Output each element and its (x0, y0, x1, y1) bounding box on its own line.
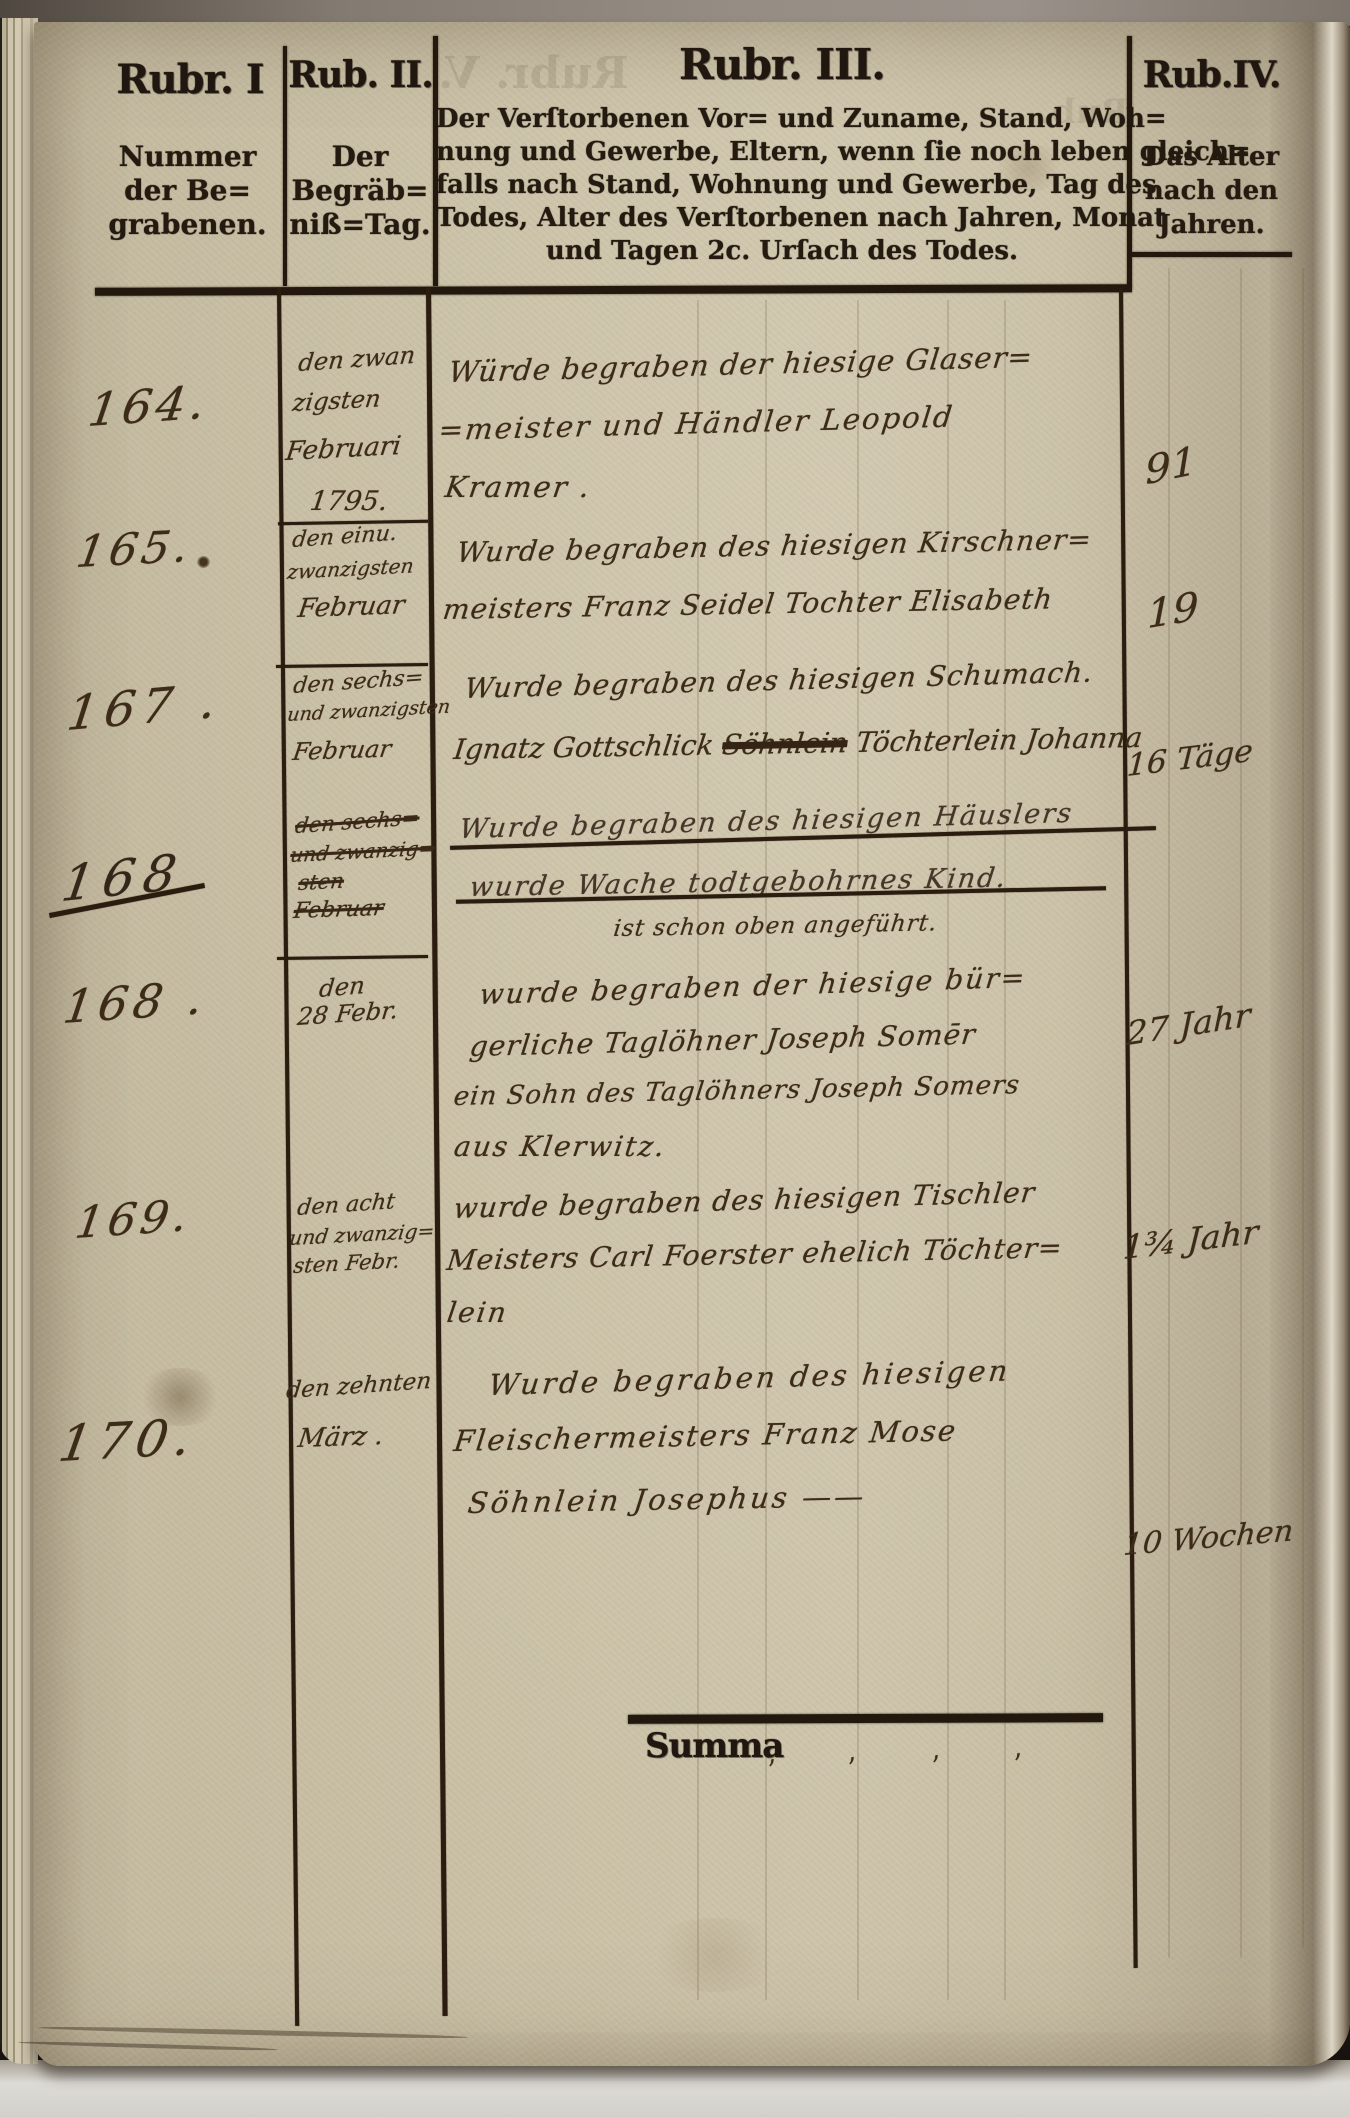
header-divider-col2-col3 (433, 36, 438, 286)
column2-subtitle: Der Begräb= niß=Tag. (288, 140, 432, 242)
header-divider-col1-col2 (283, 46, 287, 286)
fold-crease (1168, 268, 1170, 1958)
column1-subtitle: Nummer der Be= grabenen. (100, 140, 275, 242)
entry-167-text-segment: Ignatz Gottschlick (452, 728, 725, 766)
entry-164-date-line: zigsten (291, 384, 382, 417)
entry-170-number: 170. (55, 1408, 201, 1473)
column4-subtitle-line: Jahren. (1133, 208, 1290, 242)
column2-subtitle-line: Begräb= (288, 174, 432, 208)
summa-rule (628, 1713, 1103, 1724)
entry-168-number: 168 . (60, 970, 211, 1034)
column1-subtitle-line: Nummer (100, 140, 275, 174)
column1-rubric: Rubr. I (95, 56, 285, 103)
column3-subtitle-line: und Tagen 2c. Urſach des Todes. (436, 235, 1128, 268)
column4-subtitle-line: nach den (1133, 174, 1290, 208)
entry-169-text-line: lein (445, 1296, 510, 1329)
summa-label: Summa (645, 1726, 783, 1766)
entry-165-number: 165. (73, 521, 196, 578)
column3-subtitle-line: nung und Gewerbe, Eltern, wenn ſie noch … (436, 136, 1128, 169)
column2-subtitle-line: niß=Tag. (288, 208, 432, 242)
column4-header-rule (1132, 252, 1292, 257)
entry-167-date-line: Februar (291, 735, 393, 766)
entry-167-struck-word: Söhnlein (721, 726, 850, 761)
page-stack-edge (0, 18, 38, 2064)
entry-170-date-line: März . (296, 1421, 385, 1454)
fold-crease (1302, 268, 1304, 1948)
entry-170-text-line: Söhnlein Josephus —— (466, 1479, 869, 1520)
entry-165-date-line: Februar (296, 590, 407, 624)
column2-subtitle-line: Der (288, 140, 432, 174)
entry-164-text-line: Kramer . (443, 470, 594, 504)
column3-subtitle-line: falls nach Stand, Wohnung und Gewerbe, T… (436, 169, 1128, 202)
column4-subtitle: Das Alter nach den Jahren. (1133, 140, 1290, 242)
entry-164-date-line: 1795. (308, 486, 390, 517)
entry-168-text-line: aus Klerwitz. (452, 1130, 668, 1163)
header-divider-col3-col4 (1127, 36, 1132, 286)
column4-subtitle-line: Das Alter (1133, 140, 1290, 174)
bottom-sheet (0, 2060, 1350, 2117)
cancelled-entry-date-line: Februar (292, 896, 386, 924)
entry-164-number: 164. (85, 375, 213, 437)
column4-rubric: Rub.IV. (1133, 54, 1290, 96)
entry-169-number: 169. (72, 1190, 195, 1249)
entry-164-date-line: Februari (284, 431, 403, 467)
fold-crease (1240, 268, 1242, 1958)
column1-subtitle-line: grabenen. (100, 208, 275, 242)
entry-165-age: 19 (1147, 584, 1199, 638)
column3-subtitle-line: Todes, Alter des Verſtorbenen nach Jahre… (436, 202, 1128, 235)
scanned-register-page: Rubr. V. Rub. Rubr. I Rub. II. Rubr. III… (0, 0, 1350, 2117)
cancelled-entry-date-line: sten (297, 869, 345, 895)
column3-subtitle-line: Der Verſtorbenen Vor= und Zuname, Stand,… (436, 103, 1128, 136)
column2-rubric: Rub. II. (287, 54, 434, 96)
entry-167-text-segment: Töchterlein Johanna (845, 721, 1144, 759)
column3-subtitle: Der Verſtorbenen Vor= und Zuname, Stand,… (436, 103, 1128, 268)
column3-rubric: Rubr. III. (437, 40, 1127, 89)
column1-subtitle-line: der Be= (100, 174, 275, 208)
